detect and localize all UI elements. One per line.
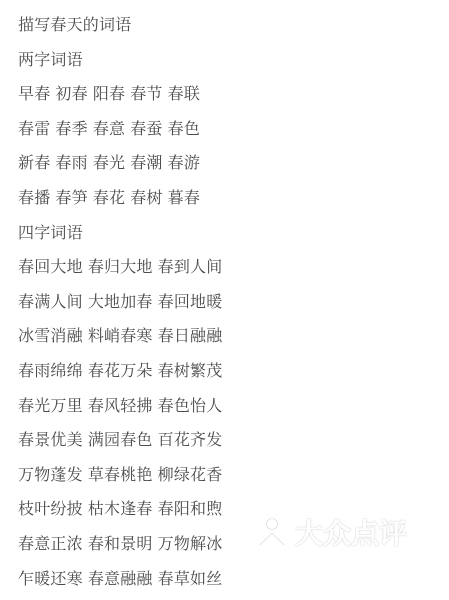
word: 春蚕 bbox=[130, 112, 162, 147]
word: 初春 bbox=[55, 77, 87, 112]
word: 春季 bbox=[55, 112, 87, 147]
word: 新春 bbox=[18, 146, 50, 181]
word: 春雷 bbox=[18, 112, 50, 147]
phrase: 春回地暖 bbox=[158, 285, 223, 320]
phrase: 百花齐发 bbox=[158, 423, 223, 458]
word-row: 新春春雨春光春潮春游 bbox=[18, 146, 438, 181]
word: 春雨 bbox=[55, 146, 87, 181]
dianping-logo-icon bbox=[255, 515, 289, 549]
word-row: 春播春笋春花春树暮春 bbox=[18, 181, 438, 216]
phrase: 春满人间 bbox=[18, 285, 83, 320]
word: 春播 bbox=[18, 181, 50, 216]
phrase: 春花万朵 bbox=[88, 354, 153, 389]
word: 春游 bbox=[168, 146, 200, 181]
word: 春节 bbox=[130, 77, 162, 112]
phrase-row: 春回大地春归大地春到人间 bbox=[18, 250, 438, 285]
phrase: 满园春色 bbox=[88, 423, 153, 458]
word: 春色 bbox=[168, 112, 200, 147]
phrase: 春意正浓 bbox=[18, 527, 83, 562]
word: 春笋 bbox=[55, 181, 87, 216]
phrase: 春意融融 bbox=[88, 562, 153, 597]
phrase: 春景优美 bbox=[18, 423, 83, 458]
phrase: 春日融融 bbox=[158, 319, 223, 354]
word: 春光 bbox=[93, 146, 125, 181]
watermark-text: 大众点评 bbox=[295, 512, 407, 552]
phrase-row: 春光万里春风轻拂春色怡人 bbox=[18, 389, 438, 424]
phrase-row: 春景优美满园春色百花齐发 bbox=[18, 423, 438, 458]
word: 早春 bbox=[18, 77, 50, 112]
phrase: 春草如丝 bbox=[158, 562, 223, 597]
dianping-watermark: 大众点评 bbox=[255, 512, 407, 552]
phrase: 大地加春 bbox=[88, 285, 153, 320]
word: 暮春 bbox=[168, 181, 200, 216]
phrase: 春色怡人 bbox=[158, 389, 223, 424]
section-heading-four-char: 四字词语 bbox=[18, 216, 438, 251]
document-title: 描写春天的词语 bbox=[18, 8, 438, 43]
word: 阳春 bbox=[93, 77, 125, 112]
phrase: 料峭春寒 bbox=[88, 319, 153, 354]
section-heading-two-char: 两字词语 bbox=[18, 43, 438, 78]
phrase-row: 春雨绵绵春花万朵春树繁茂 bbox=[18, 354, 438, 389]
word-row: 春雷春季春意春蚕春色 bbox=[18, 112, 438, 147]
word: 春联 bbox=[168, 77, 200, 112]
phrase: 冰雪消融 bbox=[18, 319, 83, 354]
phrase: 春树繁茂 bbox=[158, 354, 223, 389]
phrase: 春阳和煦 bbox=[158, 492, 223, 527]
word: 春花 bbox=[93, 181, 125, 216]
phrase-row: 乍暖还寒春意融融春草如丝 bbox=[18, 562, 438, 597]
phrase: 春到人间 bbox=[158, 250, 223, 285]
phrase: 草春桃艳 bbox=[88, 458, 153, 493]
phrase-row: 万物蓬发草春桃艳柳绿花香 bbox=[18, 458, 438, 493]
phrase: 枯木逢春 bbox=[88, 492, 153, 527]
phrase: 万物解冰 bbox=[158, 527, 223, 562]
phrase: 春回大地 bbox=[18, 250, 83, 285]
phrase: 柳绿花香 bbox=[158, 458, 223, 493]
phrase: 万物蓬发 bbox=[18, 458, 83, 493]
phrase: 春和景明 bbox=[88, 527, 153, 562]
phrase: 枝叶纷披 bbox=[18, 492, 83, 527]
phrase-row: 冰雪消融料峭春寒春日融融 bbox=[18, 319, 438, 354]
phrase: 春归大地 bbox=[88, 250, 153, 285]
word-row: 早春初春阳春春节春联 bbox=[18, 77, 438, 112]
word: 春潮 bbox=[130, 146, 162, 181]
phrase: 春光万里 bbox=[18, 389, 83, 424]
phrase: 春雨绵绵 bbox=[18, 354, 83, 389]
phrase: 春风轻拂 bbox=[88, 389, 153, 424]
word: 春意 bbox=[93, 112, 125, 147]
phrase-row: 春满人间大地加春春回地暖 bbox=[18, 285, 438, 320]
word: 春树 bbox=[130, 181, 162, 216]
document-body: 描写春天的词语 两字词语 早春初春阳春春节春联 春雷春季春意春蚕春色 新春春雨春… bbox=[18, 8, 438, 596]
phrase: 乍暖还寒 bbox=[18, 562, 83, 597]
